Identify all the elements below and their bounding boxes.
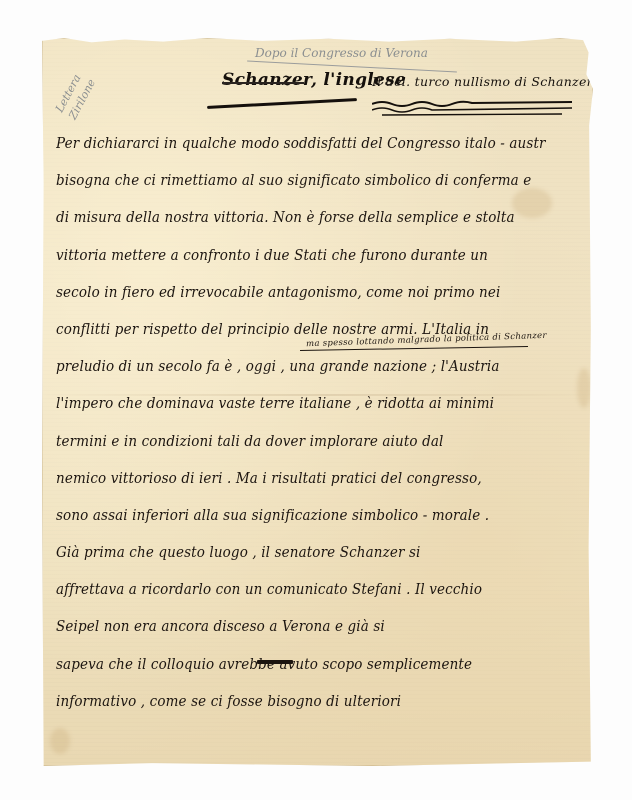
body-line: Già prima che questo luogo , il senatore…: [56, 535, 546, 572]
margin-pencil-note: Lettera Zirilone: [52, 69, 99, 122]
body-line: sono assai inferiori alla sua significaz…: [56, 498, 546, 535]
body-line: termini e in condizioni tali da dover im…: [56, 424, 546, 461]
body-line: l'impero che dominava vaste terre italia…: [56, 386, 546, 423]
scan-background: Lettera Zirilone Dopo il Congresso di Ve…: [0, 0, 632, 800]
pencil-title: Dopo il Congresso di Verona: [255, 46, 428, 60]
paper-stain: [50, 728, 70, 754]
right-title-wavy-underline: [372, 100, 572, 116]
body-line: Per dichiararci in qualche modo soddisfa…: [56, 126, 546, 163]
body-line: affrettava a ricordarlo con un comunicat…: [56, 572, 546, 609]
body-line: conflitti per rispetto del principio del…: [56, 312, 546, 349]
body-line: bisogna che ci rimettiamo al suo signifi…: [56, 163, 546, 200]
letter-body: Per dichiararci in qualche modo soddisfa…: [56, 126, 583, 721]
manuscript-page: Lettera Zirilone Dopo il Congresso di Ve…: [42, 38, 593, 766]
body-line: informativo , come se ci fosse bisogno d…: [56, 684, 546, 721]
main-title-strikethrough: [222, 82, 304, 84]
body-line: preludio di un secolo fa è , oggi , una …: [56, 349, 546, 386]
struck-out-word: [257, 660, 293, 664]
body-line: vittoria mettere a confronto i due Stati…: [56, 238, 546, 275]
body-line: secolo in fiero ed irrevocabile antagoni…: [56, 275, 546, 312]
body-line: Seipel non era ancora disceso a Verona e…: [56, 609, 546, 646]
main-title-underline: [207, 98, 357, 109]
body-line: sapeva che il colloquio avrebbe avuto sc…: [56, 647, 546, 684]
right-title: Il del. turco nullismo di Schanzer: [372, 74, 593, 89]
body-line: di misura della nostra vittoria. Non è f…: [56, 200, 546, 237]
body-line: nemico vittorioso di ieri . Ma i risulta…: [56, 461, 546, 498]
